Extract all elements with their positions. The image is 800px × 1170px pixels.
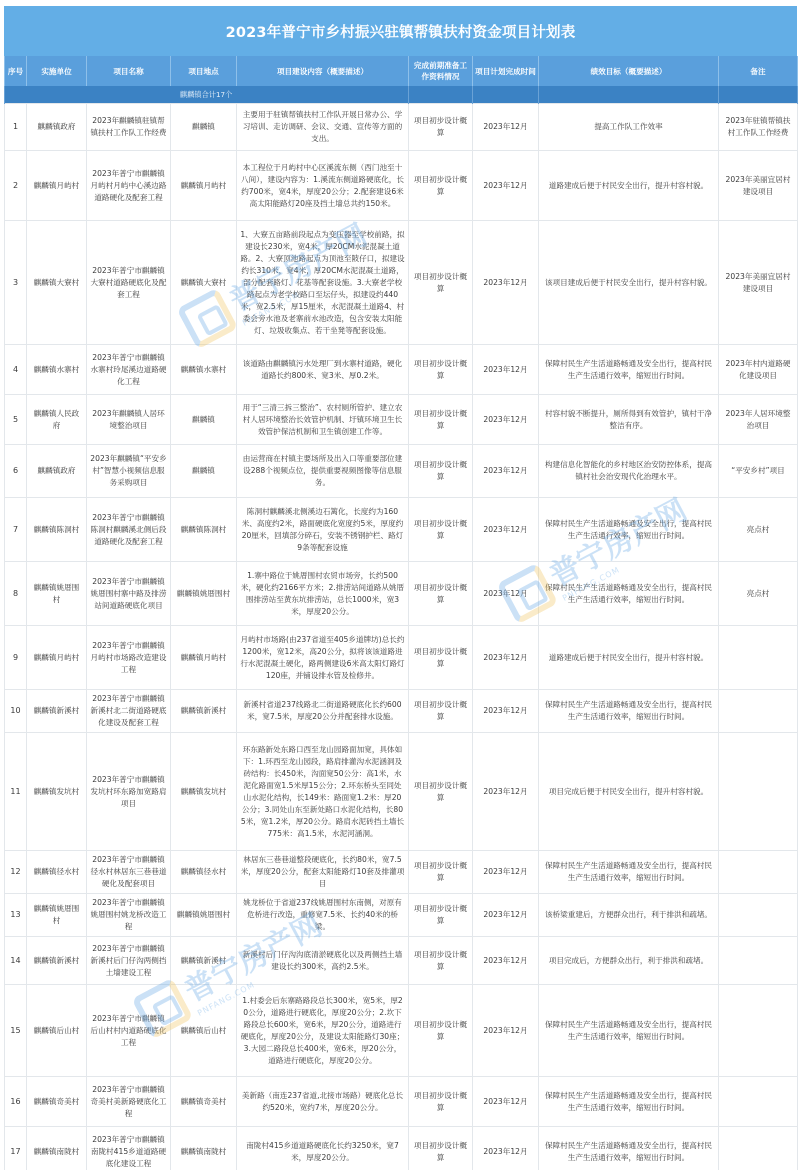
cell-remark (719, 937, 798, 985)
cell-name: 2023年普宁市麒麟镇后山村村内道路硬底化工程 (87, 985, 171, 1077)
cell-remark: 亮点村 (719, 498, 798, 562)
cell-goal: 保障村民生产生活道路畅通及安全出行，提高村民生产生活通行效率，缩短出行时间。 (539, 690, 719, 733)
cell-prep: 项目初步设计概算 (409, 690, 473, 733)
cell-remark: 2023年驻镇帮镇扶村工作队工作经费 (719, 104, 798, 151)
cell-time: 2023年12月 (473, 985, 539, 1077)
cell-goal: 该桥梁重建后，方便群众出行，利于排洪和疏堵。 (539, 894, 719, 937)
cell-goal: 构建信息化智能化的乡村地区治安防控体系，提高镇村社会治安现代化治理水平。 (539, 445, 719, 498)
cell-unit: 麒麟镇径水村 (27, 851, 87, 894)
cell-content: 用于“三清三拆三整治”、农村厕所管护、建立农村人居环境整治长效管护机制、圩镇环境… (237, 395, 409, 445)
cell-location: 麒麟镇 (171, 445, 237, 498)
cell-no: 12 (5, 851, 27, 894)
cell-unit: 麒麟镇后山村 (27, 985, 87, 1077)
cell-name: 2023年普宁市麒麟镇月屿村月屿中心溪边路道路硬化及配套工程 (87, 151, 171, 221)
table-row: 3麒麟镇大寮村2023年普宁市麒麟镇大寮村道路硬底化及配套工程麒麟镇大寮村1、大… (5, 221, 798, 345)
cell-time: 2023年12月 (473, 498, 539, 562)
cell-location: 麒麟镇水寨村 (171, 345, 237, 395)
cell-unit: 麒麟镇姚厝围村 (27, 562, 87, 626)
cell-goal: 保障村民生产生活道路畅通及安全出行，提高村民生产生活通行效率，缩短出行时间。 (539, 985, 719, 1077)
project-plan-sheet: 2023年普宁市乡村振兴驻镇帮镇扶村资金项目计划表 序号 实施单位 项目名称 项… (4, 6, 797, 1170)
cell-name: 2023年普宁市麒麟镇水寨村玲尾溪边道路硬化工程 (87, 345, 171, 395)
cell-no: 7 (5, 498, 27, 562)
cell-remark: “平安乡村”项目 (719, 445, 798, 498)
col-header-content: 项目建设内容（概要描述） (237, 56, 409, 86)
cell-prep: 项目初步设计概算 (409, 562, 473, 626)
group-subtotal-row: 麒麟镇合计17个 (5, 86, 798, 104)
cell-goal: 保障村民生产生活道路畅通及安全出行，提高村民生产生活通行效率，缩短出行时间。 (539, 562, 719, 626)
cell-unit: 麒麟镇政府 (27, 104, 87, 151)
cell-name: 2023年普宁市麒麟镇径水村林居东三巷巷道硬化及配套项目 (87, 851, 171, 894)
cell-name: 2023年麒麟镇驻镇帮镇扶村工作队工作经费 (87, 104, 171, 151)
cell-time: 2023年12月 (473, 562, 539, 626)
col-header-no: 序号 (5, 56, 27, 86)
col-header-remark: 备注 (719, 56, 798, 86)
cell-remark (719, 985, 798, 1077)
cell-no: 15 (5, 985, 27, 1077)
table-row: 6麒麟镇政府2023年麒麟镇“平安乡村”智慧小视频信息服务采购项目麒麟镇由运营商… (5, 445, 798, 498)
col-header-time: 项目计划完成时间 (473, 56, 539, 86)
cell-goal: 保障村民生产生活道路畅通及安全出行，提高村民生产生活通行效率，缩短出行时间。 (539, 1077, 719, 1127)
table-row: 1麒麟镇政府2023年麒麟镇驻镇帮镇扶村工作队工作经费麒麟镇主要用于驻镇帮镇扶村… (5, 104, 798, 151)
cell-unit: 麒麟镇南陇村 (27, 1127, 87, 1170)
cell-prep: 项目初步设计概算 (409, 851, 473, 894)
table-row: 15麒麟镇后山村2023年普宁市麒麟镇后山村村内道路硬底化工程麒麟镇后山村1.村… (5, 985, 798, 1077)
cell-unit: 麒麟镇水寨村 (27, 345, 87, 395)
cell-unit: 麒麟镇奇美村 (27, 1077, 87, 1127)
cell-goal: 村容村貌不断提升，厕所得到有效管护，镇村干净整洁有序。 (539, 395, 719, 445)
cell-goal: 道路建成后便于村民安全出行，提升村容村貌。 (539, 151, 719, 221)
cell-location: 麒麟镇大寮村 (171, 221, 237, 345)
table-title: 2023年普宁市乡村振兴驻镇帮镇扶村资金项目计划表 (4, 6, 797, 56)
cell-time: 2023年12月 (473, 1077, 539, 1127)
table-row: 5麒麟镇人民政府2023年麒麟镇人居环境整治项目麒麟镇用于“三清三拆三整治”、农… (5, 395, 798, 445)
col-header-name: 项目名称 (87, 56, 171, 86)
cell-content: 月屿村市场路(由237省道至405乡道牌坊)总长约1200米，宽12米，高20公… (237, 626, 409, 690)
cell-no: 3 (5, 221, 27, 345)
cell-name: 2023年普宁市麒麟镇南陇村415乡道道路硬底化建设工程 (87, 1127, 171, 1170)
cell-location: 麒麟镇径水村 (171, 851, 237, 894)
cell-prep: 项目初步设计概算 (409, 626, 473, 690)
cell-content: 由运营商在村镇主要场所及出入口等重要部位建设288个视频点位，提供重要视频图像等… (237, 445, 409, 498)
cell-time: 2023年12月 (473, 894, 539, 937)
cell-time: 2023年12月 (473, 733, 539, 851)
table-row: 9麒麟镇月屿村2023年普宁市麒麟镇月屿村市场路改造建设工程麒麟镇月屿村月屿村市… (5, 626, 798, 690)
table-row: 10麒麟镇新溪村2023年普宁市麒麟镇新溪村北二街道路硬底化建设及配套工程麒麟镇… (5, 690, 798, 733)
cell-unit: 麒麟镇月屿村 (27, 626, 87, 690)
cell-no: 9 (5, 626, 27, 690)
cell-content: 环东路新处东路口西至龙山园路面加宽，具体如下：1.环西至龙山园段，路肩排灌沟水泥… (237, 733, 409, 851)
cell-name: 2023年普宁市麒麟镇奇美村美新路硬底化工程 (87, 1077, 171, 1127)
cell-unit: 麒麟镇新溪村 (27, 690, 87, 733)
cell-unit: 麒麟镇大寮村 (27, 221, 87, 345)
cell-remark: 2023年人居环境整治项目 (719, 395, 798, 445)
cell-name: 2023年麒麟镇人居环境整治项目 (87, 395, 171, 445)
cell-goal: 道路建成后便于村民安全出行，提升村容村貌。 (539, 626, 719, 690)
cell-content: 新溪村省道237线路北二街道路硬底化长约600米，宽7.5米，厚度20公分并配套… (237, 690, 409, 733)
cell-content: 美新路（南连237省道,北接市场路）硬底化总长约520米，宽约7米，厚度20公分… (237, 1077, 409, 1127)
cell-no: 4 (5, 345, 27, 395)
cell-name: 2023年麒麟镇“平安乡村”智慧小视频信息服务采购项目 (87, 445, 171, 498)
cell-time: 2023年12月 (473, 151, 539, 221)
cell-content: 1.村委会后东寨路路段总长300米，宽5米，厚20公分，道路进行硬底化，厚度20… (237, 985, 409, 1077)
cell-no: 2 (5, 151, 27, 221)
cell-remark (719, 1127, 798, 1170)
cell-location: 麒麟镇南陇村 (171, 1127, 237, 1170)
col-header-goal: 绩效目标（概要描述） (539, 56, 719, 86)
cell-prep: 项目初步设计概算 (409, 221, 473, 345)
cell-prep: 项目初步设计概算 (409, 1127, 473, 1170)
col-header-prep: 完成前期准备工作资料情况 (409, 56, 473, 86)
table-row: 12麒麟镇径水村2023年普宁市麒麟镇径水村林居东三巷巷道硬化及配套项目麒麟镇径… (5, 851, 798, 894)
cell-unit: 麒麟镇政府 (27, 445, 87, 498)
cell-unit: 麒麟镇发坑村 (27, 733, 87, 851)
cell-goal: 保障村民生产生活道路畅通及安全出行，提高村民生产生活通行效率，缩短出行时间。 (539, 345, 719, 395)
cell-prep: 项目初步设计概算 (409, 345, 473, 395)
cell-location: 麒麟镇新溪村 (171, 690, 237, 733)
cell-prep: 项目初步设计概算 (409, 395, 473, 445)
cell-time: 2023年12月 (473, 690, 539, 733)
cell-name: 2023年普宁市麒麟镇新溪村后门仔沟两侧挡土墙建设工程 (87, 937, 171, 985)
cell-time: 2023年12月 (473, 104, 539, 151)
cell-location: 麒麟镇新溪村 (171, 937, 237, 985)
cell-content: 本工程位于月屿村中心区溪流东侧（西门池至十八间），建设内容为：1.溪流东侧道路硬… (237, 151, 409, 221)
cell-location: 麒麟镇后山村 (171, 985, 237, 1077)
cell-prep: 项目初步设计概算 (409, 1077, 473, 1127)
cell-goal: 保障村民生产生活道路畅通及安全出行，提高村民生产生活通行效率，缩短出行时间。 (539, 498, 719, 562)
cell-remark (719, 626, 798, 690)
cell-prep: 项目初步设计概算 (409, 498, 473, 562)
cell-remark (719, 851, 798, 894)
cell-name: 2023年普宁市麒麟镇姚厝围村姚龙桥改造工程 (87, 894, 171, 937)
cell-no: 10 (5, 690, 27, 733)
cell-time: 2023年12月 (473, 626, 539, 690)
cell-remark (719, 733, 798, 851)
cell-location: 麒麟镇 (171, 395, 237, 445)
col-header-location: 项目地点 (171, 56, 237, 86)
cell-goal: 项目完成后，方便群众出行，利于排洪和疏堵。 (539, 937, 719, 985)
table-row: 17麒麟镇南陇村2023年普宁市麒麟镇南陇村415乡道道路硬底化建设工程麒麟镇南… (5, 1127, 798, 1170)
cell-goal: 保障村民生产生活道路畅通及安全出行，提高村民生产生活通行效率，缩短出行时间。 (539, 1127, 719, 1170)
cell-content: 新溪村后门仔沟沟底清淤硬底化以及两侧挡土墙建设长约300米，高约2.5米。 (237, 937, 409, 985)
cell-no: 6 (5, 445, 27, 498)
cell-time: 2023年12月 (473, 395, 539, 445)
cell-content: 南陇村415乡道道路硬底化长约3250米，宽7米，厚度20公分。 (237, 1127, 409, 1170)
cell-goal: 项目完成后便于村民安全出行，提升村容村貌。 (539, 733, 719, 851)
table-row: 2麒麟镇月屿村2023年普宁市麒麟镇月屿村月屿中心溪边路道路硬化及配套工程麒麟镇… (5, 151, 798, 221)
cell-name: 2023年普宁市麒麟镇姚厝围村寨中路及排涝站间道路硬底化项目 (87, 562, 171, 626)
cell-location: 麒麟镇发坑村 (171, 733, 237, 851)
header-row: 序号 实施单位 项目名称 项目地点 项目建设内容（概要描述） 完成前期准备工作资… (5, 56, 798, 86)
cell-prep: 项目初步设计概算 (409, 104, 473, 151)
col-header-unit: 实施单位 (27, 56, 87, 86)
cell-location: 麒麟镇奇美村 (171, 1077, 237, 1127)
cell-location: 麒麟镇月屿村 (171, 151, 237, 221)
cell-prep: 项目初步设计概算 (409, 937, 473, 985)
cell-location: 麒麟镇姚厝围村 (171, 562, 237, 626)
cell-content: 林居东三巷巷道整段硬底化，长约80米，宽7.5米，厚度20公分，配套太阳能路灯1… (237, 851, 409, 894)
cell-prep: 项目初步设计概算 (409, 151, 473, 221)
cell-unit: 麒麟镇姚厝围村 (27, 894, 87, 937)
table-row: 7麒麟镇陈洞村2023年普宁市麒麟镇陈洞村麒麟溪北侧后段道路硬化及配套工程麒麟镇… (5, 498, 798, 562)
table-row: 4麒麟镇水寨村2023年普宁市麒麟镇水寨村玲尾溪边道路硬化工程麒麟镇水寨村该道路… (5, 345, 798, 395)
cell-time: 2023年12月 (473, 851, 539, 894)
cell-location: 麒麟镇月屿村 (171, 626, 237, 690)
cell-prep: 项目初步设计概算 (409, 445, 473, 498)
cell-remark: 亮点村 (719, 562, 798, 626)
cell-prep: 项目初步设计概算 (409, 985, 473, 1077)
cell-no: 8 (5, 562, 27, 626)
project-table: 序号 实施单位 项目名称 项目地点 项目建设内容（概要描述） 完成前期准备工作资… (4, 56, 798, 1170)
cell-time: 2023年12月 (473, 937, 539, 985)
project-rows: 1麒麟镇政府2023年麒麟镇驻镇帮镇扶村工作队工作经费麒麟镇主要用于驻镇帮镇扶村… (5, 104, 798, 1170)
cell-goal: 该项目建成后便于村民安全出行，提升村容村貌。 (539, 221, 719, 345)
cell-name: 2023年普宁市麒麟镇发坑村环东路加宽路肩项目 (87, 733, 171, 851)
cell-content: 姚龙桥位于省道237线姚厝围村东南侧，对原有危桥进行改造，重修宽7.5米、长约4… (237, 894, 409, 937)
cell-goal: 保障村民生产生活道路畅通及安全出行，提高村民生产生活通行效率，缩短出行时间。 (539, 851, 719, 894)
cell-no: 14 (5, 937, 27, 985)
cell-time: 2023年12月 (473, 345, 539, 395)
cell-no: 17 (5, 1127, 27, 1170)
cell-unit: 麒麟镇月屿村 (27, 151, 87, 221)
cell-unit: 麒麟镇人民政府 (27, 395, 87, 445)
table-row: 16麒麟镇奇美村2023年普宁市麒麟镇奇美村美新路硬底化工程麒麟镇奇美村美新路（… (5, 1077, 798, 1127)
cell-time: 2023年12月 (473, 445, 539, 498)
table-row: 11麒麟镇发坑村2023年普宁市麒麟镇发坑村环东路加宽路肩项目麒麟镇发坑村环东路… (5, 733, 798, 851)
cell-no: 11 (5, 733, 27, 851)
cell-no: 16 (5, 1077, 27, 1127)
cell-location: 麒麟镇 (171, 104, 237, 151)
cell-goal: 提高工作队工作效率 (539, 104, 719, 151)
cell-location: 麒麟镇姚厝围村 (171, 894, 237, 937)
cell-no: 13 (5, 894, 27, 937)
cell-unit: 麒麟镇新溪村 (27, 937, 87, 985)
cell-remark: 2023年美丽宜居村建设项目 (719, 151, 798, 221)
table-row: 14麒麟镇新溪村2023年普宁市麒麟镇新溪村后门仔沟两侧挡土墙建设工程麒麟镇新溪… (5, 937, 798, 985)
cell-content: 1.寨中路位于姚厝围村农贸市场旁，长约500米，硬化约2166平方米；2.排涝站… (237, 562, 409, 626)
table-row: 13麒麟镇姚厝围村2023年普宁市麒麟镇姚厝围村姚龙桥改造工程麒麟镇姚厝围村姚龙… (5, 894, 798, 937)
group-label: 麒麟镇合计17个 (5, 86, 409, 104)
cell-content: 主要用于驻镇帮镇扶村工作队开展日常办公、学习培训、走访调研、会议、交通、宣传等方… (237, 104, 409, 151)
cell-time: 2023年12月 (473, 1127, 539, 1170)
cell-no: 1 (5, 104, 27, 151)
cell-remark (719, 894, 798, 937)
cell-remark: 2023年村内道路硬化建设项目 (719, 345, 798, 395)
cell-prep: 项目初步设计概算 (409, 894, 473, 937)
cell-unit: 麒麟镇陈洞村 (27, 498, 87, 562)
cell-remark: 2023年美丽宜居村建设项目 (719, 221, 798, 345)
cell-name: 2023年普宁市麒麟镇新溪村北二街道路硬底化建设及配套工程 (87, 690, 171, 733)
cell-name: 2023年普宁市麒麟镇陈洞村麒麟溪北侧后段道路硬化及配套工程 (87, 498, 171, 562)
cell-no: 5 (5, 395, 27, 445)
cell-location: 麒麟镇陈洞村 (171, 498, 237, 562)
cell-name: 2023年普宁市麒麟镇月屿村市场路改造建设工程 (87, 626, 171, 690)
cell-name: 2023年普宁市麒麟镇大寮村道路硬底化及配套工程 (87, 221, 171, 345)
cell-remark (719, 690, 798, 733)
table-row: 8麒麟镇姚厝围村2023年普宁市麒麟镇姚厝围村寨中路及排涝站间道路硬底化项目麒麟… (5, 562, 798, 626)
cell-remark (719, 1077, 798, 1127)
cell-prep: 项目初步设计概算 (409, 733, 473, 851)
cell-content: 1、大寮五亩路前段起点为变压器至学校前路，拟建设长230米，宽4米，厚20CM水… (237, 221, 409, 345)
cell-time: 2023年12月 (473, 221, 539, 345)
cell-content: 该道路由麒麟镇污水处理厂到水寨村道路，硬化道路长约800米、宽3米、厚0.2米。 (237, 345, 409, 395)
cell-content: 陈洞村麒麟溪北侧溪边石篱化，长度约为160米、高度约2米，路面硬底化宽度约5米，… (237, 498, 409, 562)
